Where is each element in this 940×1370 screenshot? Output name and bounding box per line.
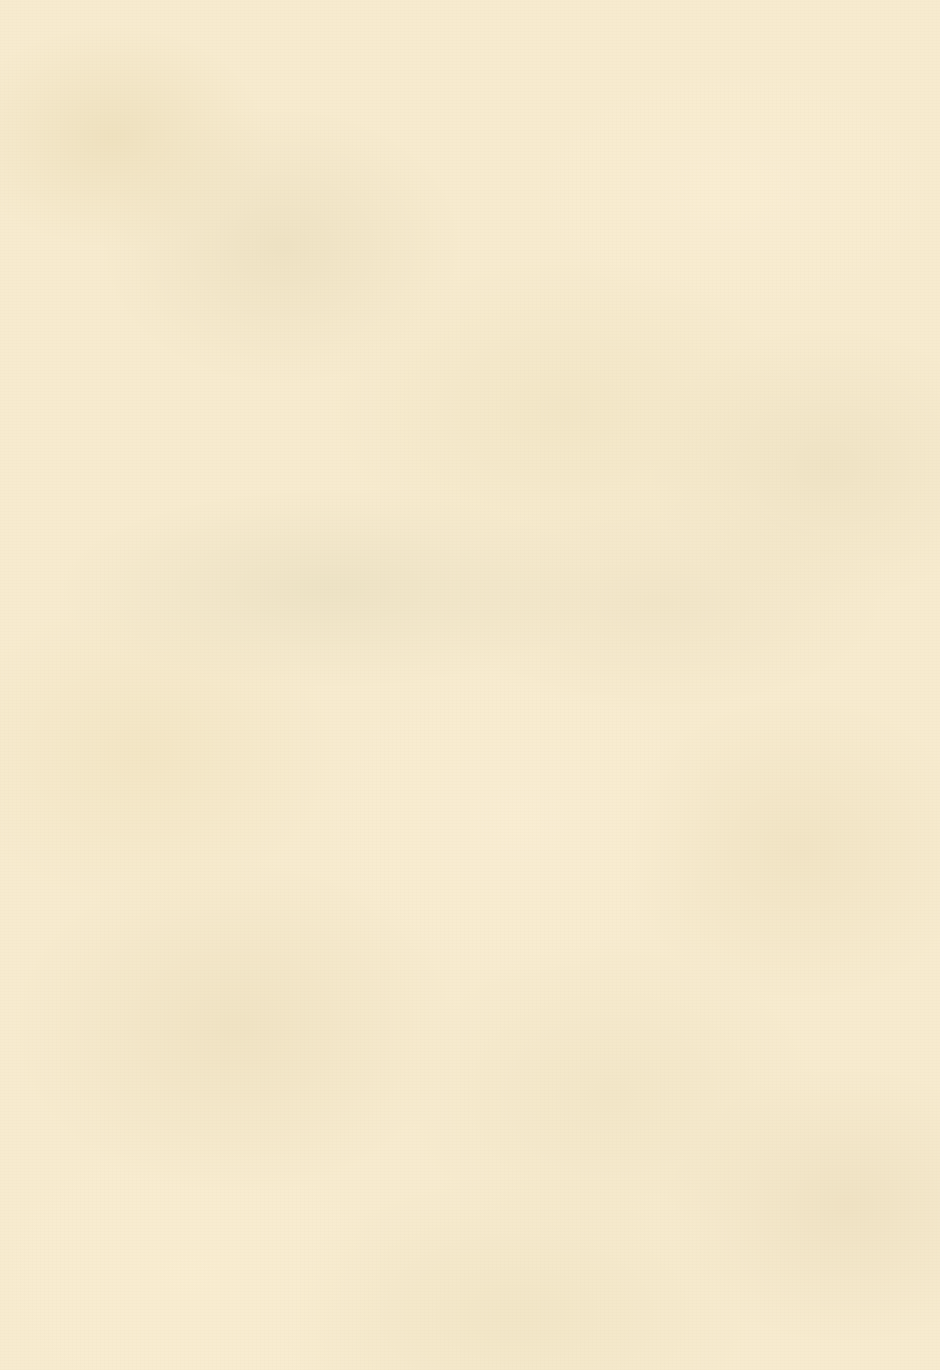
paper-grain-texture [0, 0, 940, 1370]
parchment-background [0, 0, 940, 1370]
